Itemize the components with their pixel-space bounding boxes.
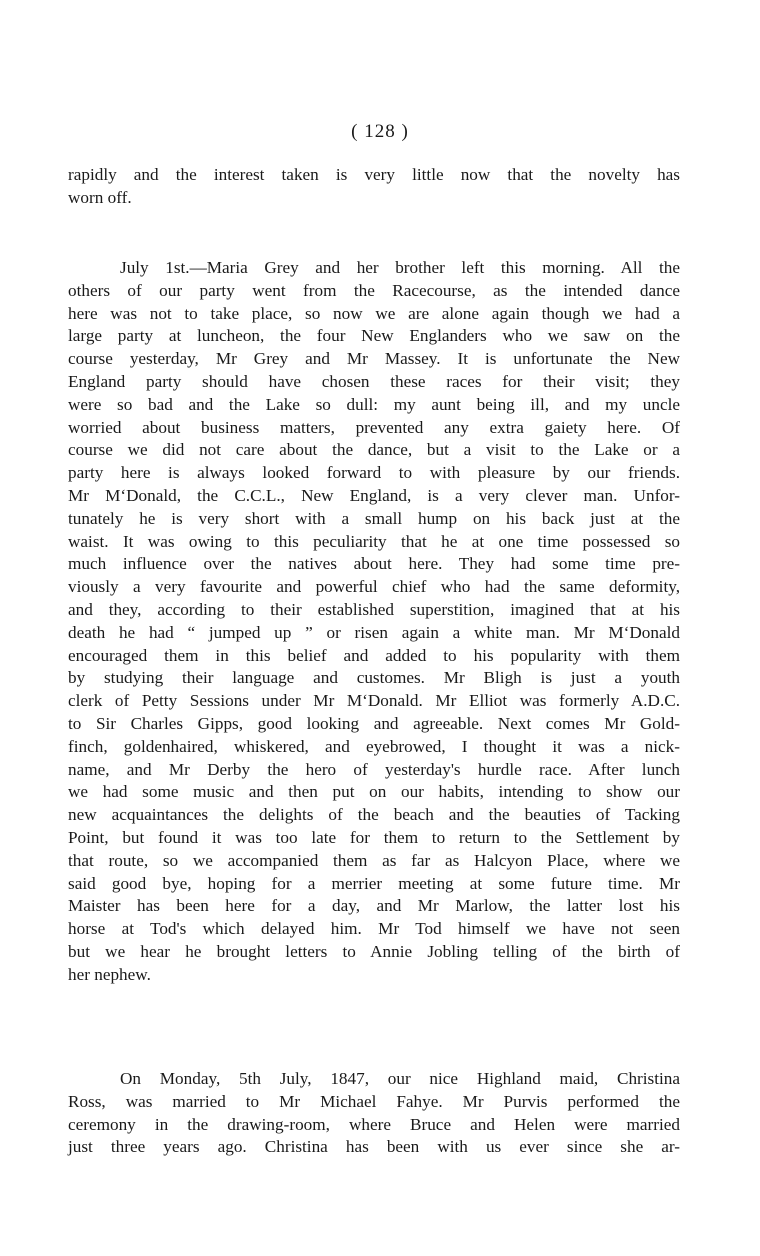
text-line: encouraged them in this belief and added… — [68, 645, 680, 668]
text-line: Ross, was married to Mr Michael Fahye. M… — [68, 1091, 680, 1114]
page-number: ( 128 ) — [0, 121, 760, 143]
text-line: and they, according to their established… — [68, 599, 680, 622]
text-line: her nephew. — [68, 964, 680, 987]
paragraph-continuation: rapidly and the interest taken is very l… — [68, 164, 680, 210]
text-line: tunately he is very short with a small h… — [68, 508, 680, 531]
text-line: much influence over the natives about he… — [68, 553, 680, 576]
text-line: worn off. — [68, 187, 680, 210]
text-line: England party should have chosen these r… — [68, 371, 680, 394]
text-line: others of our party went from the Raceco… — [68, 280, 680, 303]
text-line: waist. It was owing to this peculiarity … — [68, 531, 680, 554]
text-line: were so bad and the Lake so dull: my aun… — [68, 394, 680, 417]
paragraph-monday-5th-july: On Monday, 5th July, 1847, our nice High… — [68, 1068, 680, 1159]
text-line: said good bye, hoping for a merrier meet… — [68, 873, 680, 896]
paragraph-july-1st: July 1st.—Maria Grey and her brother lef… — [68, 257, 680, 987]
text-line: here was not to take place, so now we ar… — [68, 303, 680, 326]
text-line: name, and Mr Derby the hero of yesterday… — [68, 759, 680, 782]
text-line: new acquaintances the delights of the be… — [68, 804, 680, 827]
text-line: Maister has been here for a day, and Mr … — [68, 895, 680, 918]
text-line: large party at luncheon, the four New En… — [68, 325, 680, 348]
text-line: worried about business matters, prevente… — [68, 417, 680, 440]
text-line: clerk of Petty Sessions under Mr M‘Donal… — [68, 690, 680, 713]
text-line: On Monday, 5th July, 1847, our nice High… — [68, 1068, 680, 1091]
text-line: course we did not care about the dance, … — [68, 439, 680, 462]
text-line: ceremony in the drawing-room, where Bruc… — [68, 1114, 680, 1137]
text-line: finch, goldenhaired, whiskered, and eyeb… — [68, 736, 680, 759]
text-line: death he had “ jumped up ” or risen agai… — [68, 622, 680, 645]
text-line: July 1st.—Maria Grey and her brother lef… — [68, 257, 680, 280]
text-line: Point, but found it was too late for the… — [68, 827, 680, 850]
text-line: viously a very favourite and powerful ch… — [68, 576, 680, 599]
text-line: rapidly and the interest taken is very l… — [68, 164, 680, 187]
text-line: course yesterday, Mr Grey and Mr Massey.… — [68, 348, 680, 371]
text-line: we had some music and then put on our ha… — [68, 781, 680, 804]
text-line: to Sir Charles Gipps, good looking and a… — [68, 713, 680, 736]
text-line: Mr M‘Donald, the C.C.L., New England, is… — [68, 485, 680, 508]
text-line: that route, so we accompanied them as fa… — [68, 850, 680, 873]
text-line: horse at Tod's which delayed him. Mr Tod… — [68, 918, 680, 941]
text-line: just three years ago. Christina has been… — [68, 1136, 680, 1159]
text-line: party here is always looked forward to w… — [68, 462, 680, 485]
text-line: by studying their language and customes.… — [68, 667, 680, 690]
text-line: but we hear he brought letters to Annie … — [68, 941, 680, 964]
